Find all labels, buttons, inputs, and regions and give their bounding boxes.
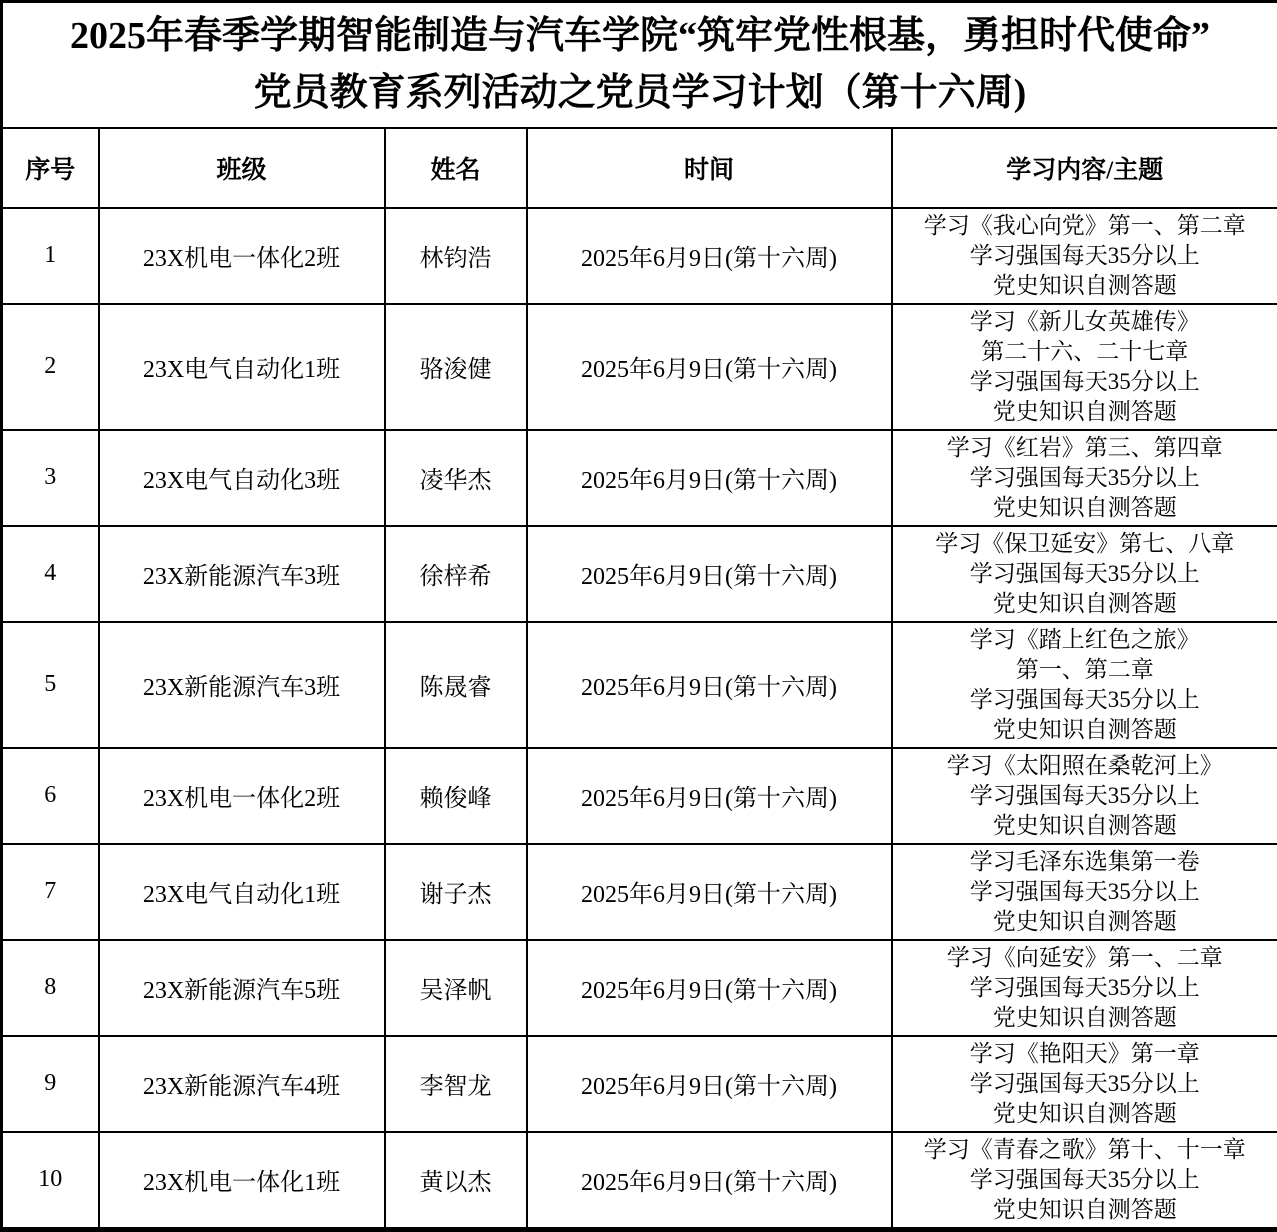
- cell-name: 骆浚健: [385, 304, 527, 430]
- cell-name: 黄以杰: [385, 1132, 527, 1230]
- cell-time: 2025年6月9日(第十六周): [527, 526, 892, 622]
- cell-content: 学习《向延安》第一、二章 学习强国每天35分以上 党史知识自测答题: [892, 940, 1277, 1036]
- cell-name: 陈晟睿: [385, 622, 527, 748]
- cell-time: 2025年6月9日(第十六周): [527, 748, 892, 844]
- cell-name: 林钧浩: [385, 208, 527, 304]
- cell-name: 赖俊峰: [385, 748, 527, 844]
- cell-time: 2025年6月9日(第十六周): [527, 208, 892, 304]
- title-row: 2025年春季学期智能制造与汽车学院“筑牢党性根基，勇担时代使命” 党员教育系列…: [2, 2, 1277, 128]
- table-row: 4 23X新能源汽车3班 徐梓希 2025年6月9日(第十六周) 学习《保卫延安…: [2, 526, 1277, 622]
- cell-content: 学习《太阳照在桑乾河上》 学习强国每天35分以上 党史知识自测答题: [892, 748, 1277, 844]
- cell-content: 学习《保卫延安》第七、八章 学习强国每天35分以上 党史知识自测答题: [892, 526, 1277, 622]
- cell-class: 23X电气自动化3班: [99, 430, 385, 526]
- cell-no: 2: [2, 304, 99, 430]
- cell-name: 凌华杰: [385, 430, 527, 526]
- header-content: 学习内容/主题: [892, 128, 1277, 208]
- cell-content: 学习《青春之歌》第十、十一章 学习强国每天35分以上 党史知识自测答题: [892, 1132, 1277, 1230]
- cell-no: 6: [2, 748, 99, 844]
- cell-time: 2025年6月9日(第十六周): [527, 844, 892, 940]
- cell-time: 2025年6月9日(第十六周): [527, 304, 892, 430]
- cell-name: 谢子杰: [385, 844, 527, 940]
- header-time: 时间: [527, 128, 892, 208]
- cell-no: 4: [2, 526, 99, 622]
- header-name: 姓名: [385, 128, 527, 208]
- cell-content: 学习《我心向党》第一、第二章 学习强国每天35分以上 党史知识自测答题: [892, 208, 1277, 304]
- cell-class: 23X机电一体化1班: [99, 1132, 385, 1230]
- table-row: 5 23X新能源汽车3班 陈晟睿 2025年6月9日(第十六周) 学习《踏上红色…: [2, 622, 1277, 748]
- cell-time: 2025年6月9日(第十六周): [527, 1036, 892, 1132]
- table-header-row: 序号 班级 姓名 时间 学习内容/主题: [2, 128, 1277, 208]
- cell-no: 9: [2, 1036, 99, 1132]
- cell-class: 23X新能源汽车3班: [99, 526, 385, 622]
- cell-content: 学习毛泽东选集第一卷 学习强国每天35分以上 党史知识自测答题: [892, 844, 1277, 940]
- table-row: 2 23X电气自动化1班 骆浚健 2025年6月9日(第十六周) 学习《新儿女英…: [2, 304, 1277, 430]
- study-plan-table: 2025年春季学期智能制造与汽车学院“筑牢党性根基，勇担时代使命” 党员教育系列…: [0, 0, 1277, 1232]
- table-row: 3 23X电气自动化3班 凌华杰 2025年6月9日(第十六周) 学习《红岩》第…: [2, 430, 1277, 526]
- cell-name: 李智龙: [385, 1036, 527, 1132]
- table-row: 7 23X电气自动化1班 谢子杰 2025年6月9日(第十六周) 学习毛泽东选集…: [2, 844, 1277, 940]
- table-row: 9 23X新能源汽车4班 李智龙 2025年6月9日(第十六周) 学习《艳阳天》…: [2, 1036, 1277, 1132]
- cell-class: 23X机电一体化2班: [99, 208, 385, 304]
- cell-no: 7: [2, 844, 99, 940]
- page-title: 2025年春季学期智能制造与汽车学院“筑牢党性根基，勇担时代使命” 党员教育系列…: [2, 2, 1277, 128]
- cell-content: 学习《红岩》第三、第四章 学习强国每天35分以上 党史知识自测答题: [892, 430, 1277, 526]
- cell-name: 徐梓希: [385, 526, 527, 622]
- cell-time: 2025年6月9日(第十六周): [527, 622, 892, 748]
- cell-class: 23X新能源汽车5班: [99, 940, 385, 1036]
- cell-time: 2025年6月9日(第十六周): [527, 1132, 892, 1230]
- header-class: 班级: [99, 128, 385, 208]
- table-row: 10 23X机电一体化1班 黄以杰 2025年6月9日(第十六周) 学习《青春之…: [2, 1132, 1277, 1230]
- table-row: 1 23X机电一体化2班 林钧浩 2025年6月9日(第十六周) 学习《我心向党…: [2, 208, 1277, 304]
- cell-no: 5: [2, 622, 99, 748]
- header-no: 序号: [2, 128, 99, 208]
- cell-class: 23X电气自动化1班: [99, 844, 385, 940]
- cell-class: 23X新能源汽车3班: [99, 622, 385, 748]
- table-row: 8 23X新能源汽车5班 吴泽帆 2025年6月9日(第十六周) 学习《向延安》…: [2, 940, 1277, 1036]
- cell-content: 学习《新儿女英雄传》 第二十六、二十七章 学习强国每天35分以上 党史知识自测答…: [892, 304, 1277, 430]
- cell-content: 学习《踏上红色之旅》 第一、第二章 学习强国每天35分以上 党史知识自测答题: [892, 622, 1277, 748]
- cell-class: 23X电气自动化1班: [99, 304, 385, 430]
- cell-time: 2025年6月9日(第十六周): [527, 430, 892, 526]
- cell-name: 吴泽帆: [385, 940, 527, 1036]
- cell-time: 2025年6月9日(第十六周): [527, 940, 892, 1036]
- cell-no: 8: [2, 940, 99, 1036]
- cell-class: 23X机电一体化2班: [99, 748, 385, 844]
- cell-no: 10: [2, 1132, 99, 1230]
- cell-no: 3: [2, 430, 99, 526]
- cell-content: 学习《艳阳天》第一章 学习强国每天35分以上 党史知识自测答题: [892, 1036, 1277, 1132]
- cell-class: 23X新能源汽车4班: [99, 1036, 385, 1132]
- cell-no: 1: [2, 208, 99, 304]
- document-sheet: 2025年春季学期智能制造与汽车学院“筑牢党性根基，勇担时代使命” 党员教育系列…: [0, 0, 1277, 1232]
- table-row: 6 23X机电一体化2班 赖俊峰 2025年6月9日(第十六周) 学习《太阳照在…: [2, 748, 1277, 844]
